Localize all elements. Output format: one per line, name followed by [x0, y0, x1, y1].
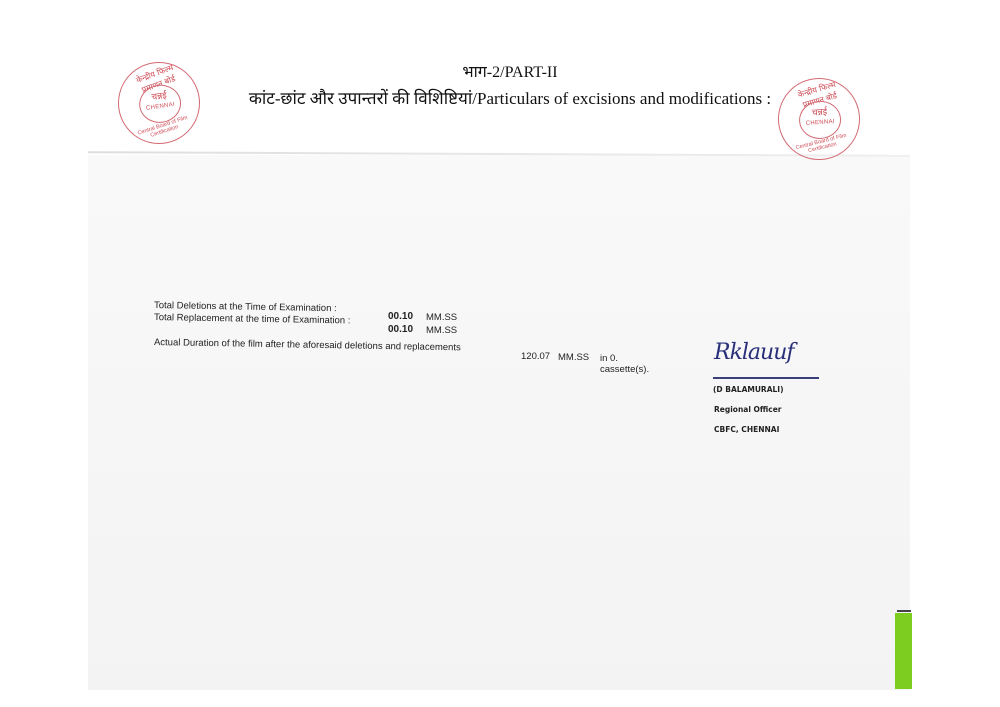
signatory-name: (D BALAMURALI): [713, 385, 784, 394]
document-header: भाग-2/PART-II कांट-छांट और उपान्तरों की …: [230, 62, 790, 112]
deletions-unit: MM.SS: [426, 312, 457, 323]
stamp-city-english: CHENNAI: [800, 118, 840, 129]
signature-underline: [713, 377, 819, 379]
cassette-count: in 0. cassette(s).: [600, 353, 649, 375]
signatory-title: Regional Officer: [714, 405, 782, 414]
officer-signature: Rklauuf: [714, 340, 794, 365]
replacement-unit: MM.SS: [426, 325, 457, 336]
deletions-value: 00.10: [388, 311, 413, 322]
section-title: कांट-छांट और उपान्तरों की विशिष्टियां/Pa…: [230, 86, 790, 112]
signatory-office: CBFC, CHENNAI: [714, 425, 779, 434]
part-label: भाग-2/PART-II: [230, 62, 790, 84]
strip-edge-line: [897, 610, 911, 612]
duration-value: 120.07: [521, 351, 550, 362]
duration-unit: MM.SS: [558, 352, 589, 363]
green-edge-strip: [895, 613, 912, 689]
replacement-value: 00.10: [388, 324, 413, 335]
